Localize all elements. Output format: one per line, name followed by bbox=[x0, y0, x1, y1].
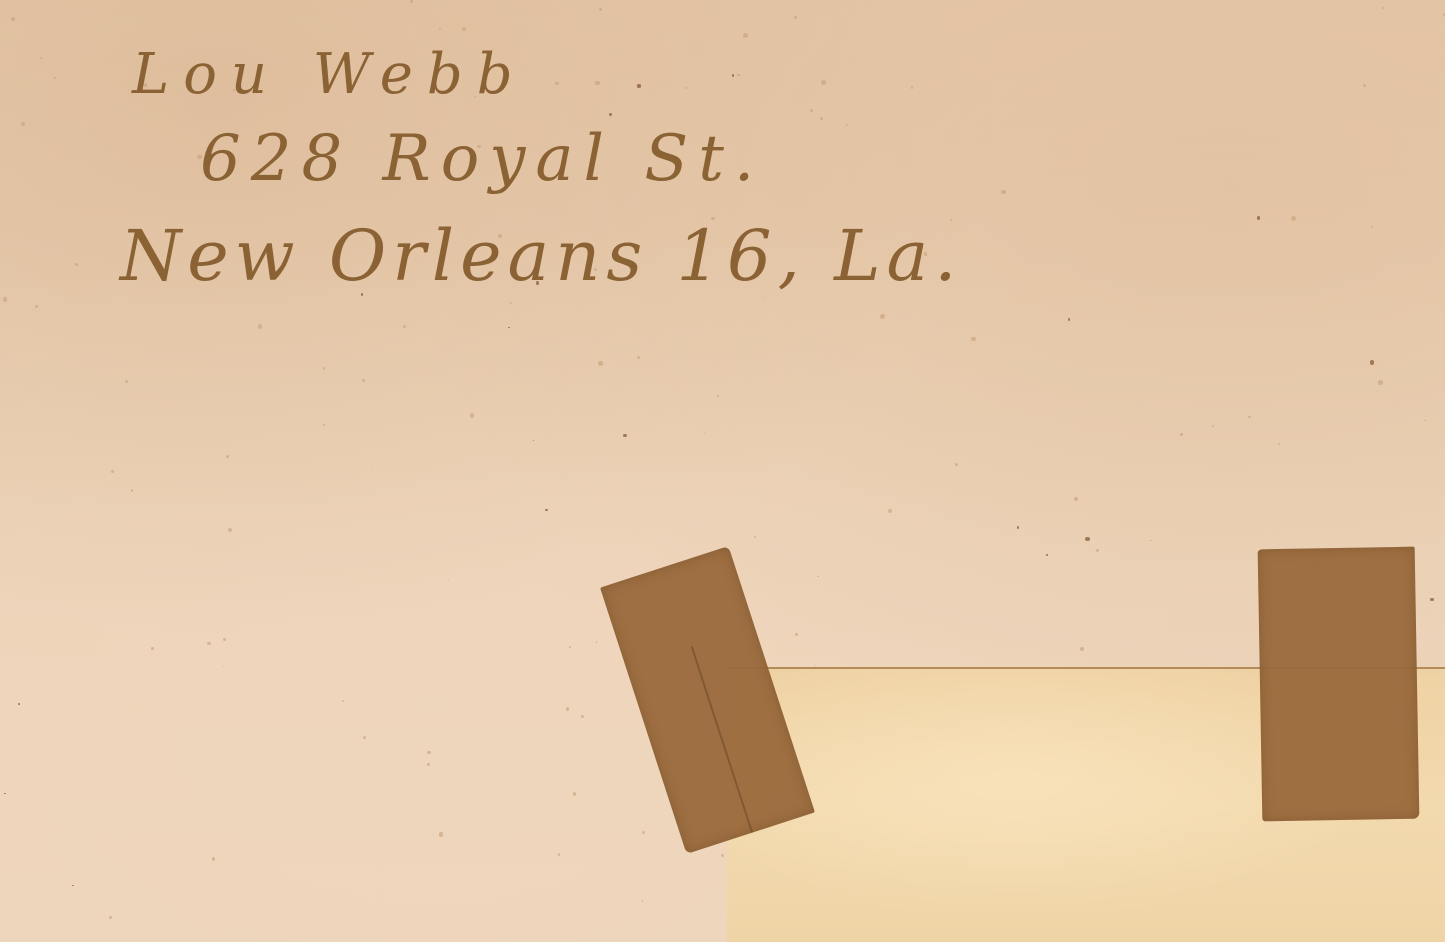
tape-strip-right bbox=[1258, 547, 1420, 822]
handwritten-address: Lou Webb 628 Royal St. New Orleans 16, L… bbox=[0, 0, 1445, 340]
address-city-line: New Orleans 16, La. bbox=[120, 215, 963, 297]
address-street-line: 628 Royal St. bbox=[200, 122, 764, 196]
address-name-line: Lou Webb bbox=[132, 42, 527, 107]
tape-crease bbox=[690, 646, 752, 833]
